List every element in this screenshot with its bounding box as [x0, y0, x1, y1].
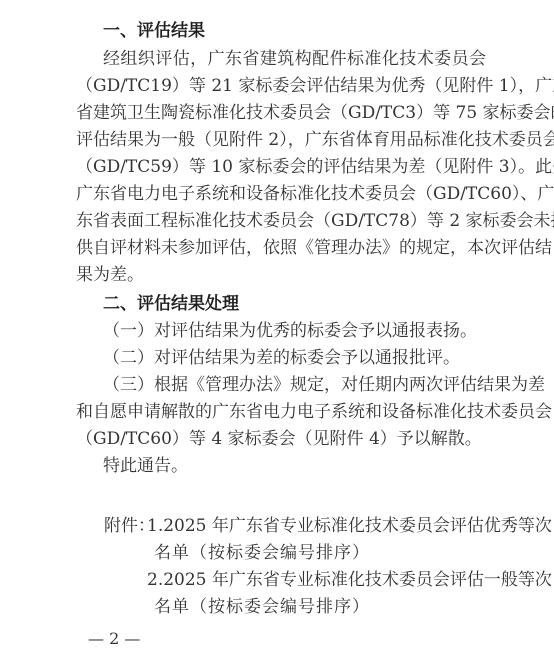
paragraph-line: 东省表面工程标准化技术委员会（GD/TC78）等 2 家标委会未提 [76, 208, 486, 235]
paragraph-line: 省建筑卫生陶瓷标准化技术委员会（GD/TC3）等 75 家标委会的 [76, 100, 486, 127]
paragraph-line: 经组织评估，广东省建筑构配件标准化技术委员会 [103, 46, 486, 73]
page-number: — 2 — [88, 625, 140, 652]
paragraph-line: 果为差。 [76, 262, 486, 289]
paragraph-line: 广东省电力电子系统和设备标准化技术委员会（GD/TC60）、广 [76, 181, 486, 208]
document-page: 一、评估结果 经组织评估，广东省建筑构配件标准化技术委员会 （GD/TC19）等… [0, 0, 554, 657]
attachment-1-title: 1.2025 年广东省专业标准化技术委员会评估优秀等次 [147, 513, 486, 540]
paragraph-line: 评估结果为一般（见附件 2），广东省体育用品标准化技术委员会 [76, 127, 486, 154]
paragraph-line: （GD/TC59）等 10 家标委会的评估结果为差（见附件 3）。此外， [76, 154, 486, 181]
handling-item-1: （一）对评估结果为优秀的标委会予以通报表扬。 [103, 318, 486, 345]
attachment-2-title: 2.2025 年广东省专业标准化技术委员会评估一般等次 [147, 567, 486, 594]
handling-item-3-line: （三）根据《管理办法》规定，对任期内两次评估结果为差 [103, 372, 486, 399]
handling-item-2: （二）对评估结果为差的标委会予以通报批评。 [103, 345, 486, 372]
attachment-1-title-cont: 名单（按标委会编号排序） [154, 540, 370, 567]
paragraph-line: 供自评材料未参加评估，依照《管理办法》的规定，本次评估结 [76, 235, 486, 262]
paragraph-line: （GD/TC19）等 21 家标委会评估结果为优秀（见附件 1），广东 [76, 73, 486, 100]
section-heading-evaluation-results: 一、评估结果 [103, 18, 205, 45]
attachment-2-title-cont: 名单（按标委会编号排序） [154, 594, 370, 621]
closing-statement: 特此通告。 [103, 453, 486, 480]
handling-item-3-line: （GD/TC60）等 4 家标委会（见附件 4）予以解散。 [76, 426, 486, 453]
handling-item-3-line: 和自愿申请解散的广东省电力电子系统和设备标准化技术委员会 [76, 399, 486, 426]
section-heading-result-handling: 二、评估结果处理 [103, 291, 239, 318]
